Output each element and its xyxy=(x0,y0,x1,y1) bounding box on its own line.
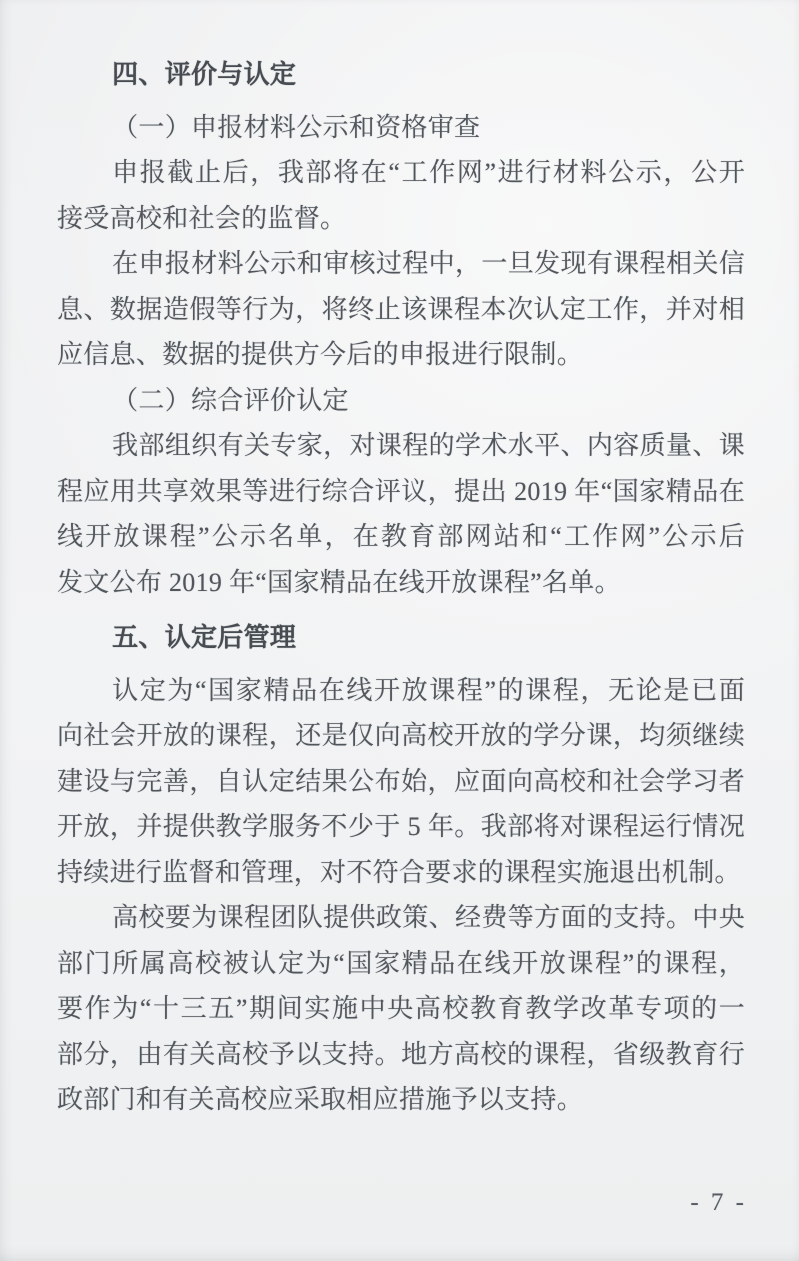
text-line: 我部组织有关专家，对课程的学术水平、内容质量、课 xyxy=(57,423,745,469)
text-line: 申报截止后，我部将在“工作网”进行材料公示，公开 xyxy=(57,150,745,196)
scanned-document-page: 四、评价与认定（一）申报材料公示和资格审查申报截止后，我部将在“工作网”进行材料… xyxy=(0,0,799,1261)
text-line: 接受高校和社会的监督。 xyxy=(57,196,745,242)
text-line: 向社会开放的课程，还是仅向高校开放的学分课，均须继续 xyxy=(57,713,745,759)
text-line: 程应用共享效果等进行综合评议，提出 2019 年“国家精品在 xyxy=(57,469,745,515)
text-line: （二）综合评价认定 xyxy=(57,378,745,424)
text-line: 部分，由有关高校予以支持。地方高校的课程，省级教育行 xyxy=(57,1032,745,1078)
text-line: 高校要为课程团队提供政策、经费等方面的支持。中央 xyxy=(57,895,745,941)
text-line: 政部门和有关高校应采取相应措施予以支持。 xyxy=(57,1077,745,1123)
text-line: 认定为“国家精品在线开放课程”的课程，无论是已面 xyxy=(57,668,745,714)
page-number: - 7 - xyxy=(690,1189,747,1216)
text-line: 发文公布 2019 年“国家精品在线开放课程”名单。 xyxy=(57,560,745,606)
text-line: 应信息、数据的提供方今后的申报进行限制。 xyxy=(57,332,745,378)
text-line: 四、评价与认定 xyxy=(57,52,745,98)
text-line: 建设与完善，自认定结果公布始，应面向高校和社会学习者 xyxy=(57,759,745,805)
text-line: 五、认定后管理 xyxy=(57,615,745,661)
page-footer: - 7 - xyxy=(547,1186,747,1220)
text-line: 要作为“十三五”期间实施中央高校教育教学改革专项的一 xyxy=(57,986,745,1032)
text-line: （一）申报材料公示和资格审查 xyxy=(57,105,745,151)
text-line: 线开放课程”公示名单，在教育部网站和“工作网”公示后 xyxy=(57,514,745,560)
text-line: 息、数据造假等行为，将终止该课程本次认定工作，并对相 xyxy=(57,287,745,333)
text-line: 在申报材料公示和审核过程中，一旦发现有课程相关信 xyxy=(57,241,745,287)
text-line: 部门所属高校被认定为“国家精品在线开放课程”的课程， xyxy=(57,941,745,987)
text-line: 开放，并提供教学服务不少于 5 年。我部将对课程运行情况 xyxy=(57,804,745,850)
document-body: 四、评价与认定（一）申报材料公示和资格审查申报截止后，我部将在“工作网”进行材料… xyxy=(57,52,745,1123)
text-line: 持续进行监督和管理，对不符合要求的课程实施退出机制。 xyxy=(57,850,745,896)
